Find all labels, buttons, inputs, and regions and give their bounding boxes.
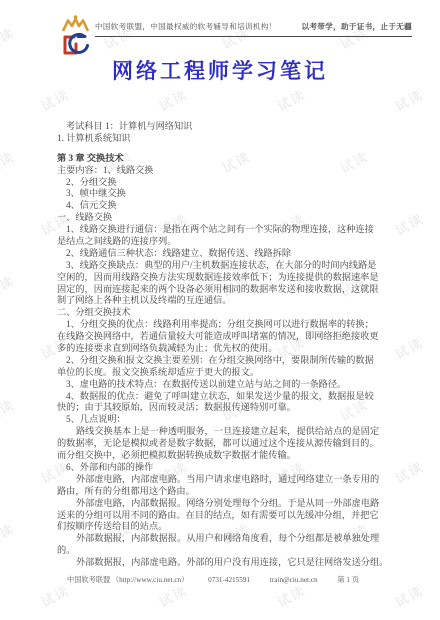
watermark: 试读 <box>0 518 18 549</box>
footer-phone: 0731-4215591 <box>208 576 250 584</box>
watermark: 试读 <box>273 84 308 115</box>
text-line: 路由，所有的分组都用这个路由。 <box>57 486 391 498</box>
document-body: 考试科目 1：计算机与网络知识1. 计算机系统知识第 3 章 交换技术主要内容：… <box>57 121 391 569</box>
text-line: 3、线路交换缺点：典型的用户/主机数据连接状态，在大部分的时间内线路是 <box>57 260 391 272</box>
text-line: 空闲的，因而用线路交换方法实现数据连接效率低下；为连接提供的数据速率是 <box>57 272 391 284</box>
watermark: 试读 <box>37 84 72 115</box>
text-line: 4、信元交换 <box>57 200 391 212</box>
text-line: 在线路交换网络中，若通信量较大可能造成呼叫堵塞的情况，即网络拒绝接收更 <box>57 331 391 343</box>
watermark: 试读 <box>0 146 18 177</box>
text-line: 2、分组交换 <box>57 177 391 189</box>
text-line: 二、分组交换技术 <box>57 307 391 319</box>
text-line: 1、线路交换进行通信：是指在两个站之间有一个实际的物理连接，这种连接 <box>57 224 391 236</box>
header: 中国软考联盟，中国最权威的软考辅导和培训机构！ 以考带学，助于证书，止于无疆 <box>95 21 412 37</box>
text-line: 5、几点说明： <box>57 414 391 426</box>
text-line: 4、数据报的优点：避免了呼叫建立状态，如果发送少量的报文，数据报是较 <box>57 391 391 403</box>
text-line: 送来的分组可以用不同的路由。在目的结点，如有需要可以先缓冲分组，并把它 <box>57 510 391 522</box>
text-line: 2、线路通信三种状态：线路建立、数据传送、线路拆除 <box>57 248 391 260</box>
text-line: 外部数据报，内部数据报。从用户和网络角度看，每个分组都是被单独处理 <box>57 533 391 545</box>
text-line: 3、虚电路的技术特点：在数据传送以前建立站与站之间的一条路径。 <box>57 379 391 391</box>
watermark: 试读 <box>0 270 18 301</box>
footer: 中国软考联盟 （http://www.ciu.net.cn） 0731-4215… <box>67 575 359 585</box>
header-org-text: 中国软考联盟，中国最权威的软考辅导和培训机构！ <box>95 21 277 32</box>
watermark: 试读 <box>0 22 18 53</box>
text-line: 多的连接要求直到网络负载减轻为止；优先权的使用。 <box>57 343 391 355</box>
text-line: 2、分组交换和报文交换主要差别：在分组交换网络中，要限制所传输的数据 <box>57 355 391 367</box>
text-line: 单位的长度。报文交换系统却适应于更大的报文。 <box>57 367 391 379</box>
text-line: 第 3 章 交换技术 <box>57 153 391 165</box>
text-line: 3、帧中继交换 <box>57 188 391 200</box>
watermark: 试读 <box>391 84 426 115</box>
footer-email: train@ciu.net.cn <box>270 576 318 584</box>
footer-org-url: 中国软考联盟 （http://www.ciu.net.cn） <box>67 575 188 585</box>
text-line: 路线交换基本上是一种透明服务，一旦连接建立起来，提供给站点的是固定 <box>57 426 391 438</box>
text-line: 是结点之间线路的连接序列。 <box>57 236 391 248</box>
footer-page-number: 第 1 页 <box>337 575 359 585</box>
text-line: 制了网络上各种主机以及终端的互连通信。 <box>57 295 391 307</box>
document-page: 试读试读试读试读试读试读试读试读试读试读试读试读试读试读试读试读试读试读试读试读… <box>0 0 440 620</box>
text-line: 固定的，因而连接起来的两个设备必须用相同的数据率发送和接收数据，这就限 <box>57 284 391 296</box>
header-slogan-text: 以考带学，助于证书，止于无疆 <box>301 21 412 32</box>
watermark: 试读 <box>391 580 426 611</box>
text-line: 1. 计算机系统知识 <box>57 133 391 145</box>
text-line: 考试科目 1：计算机与网络知识 <box>57 121 391 133</box>
watermark: 试读 <box>391 332 426 363</box>
text-line: 6、外部和内部的操作 <box>57 462 391 474</box>
text-line: 1、分组交换的优点：线路利用率提高；分组交换网可以进行数据率的转换； <box>57 319 391 331</box>
text-line: 一、线路交换 <box>57 212 391 224</box>
text-line: 而分组交换中，必须把模拟数据转换成数字数据才能传输。 <box>57 450 391 462</box>
watermark: 试读 <box>155 84 190 115</box>
watermark: 试读 <box>391 456 426 487</box>
text-line: 主要内容：1、线路交换 <box>57 165 391 177</box>
text-line: 们按顺序传送给目的站点。 <box>57 521 391 533</box>
text-line: 外部数据报，内部虚电路。外部的用户没有用连接，它只是往网络发送分组。 <box>57 557 391 569</box>
text-line: 快的；由于其较原始，因而较灵活；数据报传递特别可靠。 <box>57 402 391 414</box>
text-line: 外部虚电路，内部虚电路。当用户请求虚电路时，通过网络建立一条专用的 <box>57 474 391 486</box>
watermark: 试读 <box>0 394 18 425</box>
ciu-logo-icon <box>55 14 95 64</box>
text-line: 的数据率，无论是模拟或者是数字数据，都可以通过这个连接从源传输到目的。 <box>57 438 391 450</box>
text-line: 的。 <box>57 545 391 557</box>
watermark: 试读 <box>391 208 426 239</box>
text-line: 外部虚电路，内部数据报。网络分别处理每个分组。于是从同一外部虚电路 <box>57 498 391 510</box>
